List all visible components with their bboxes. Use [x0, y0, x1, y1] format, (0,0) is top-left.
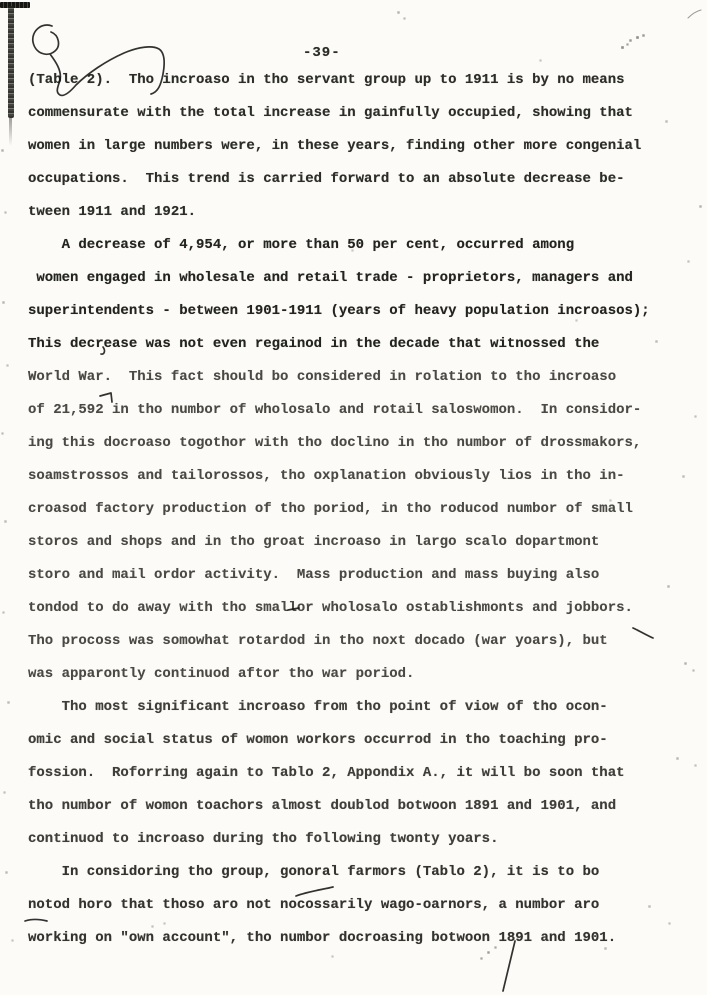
text-line: women engaged in wholesale and retail tr… — [28, 262, 700, 295]
text-line: omic and social status of womon workors … — [28, 724, 700, 757]
text-line: working on "own account", tho numbor doc… — [28, 922, 700, 955]
text-line: tho numbor of womon toachors almost doub… — [28, 790, 700, 823]
text-line: women in large numbers were, in these ye… — [28, 130, 700, 163]
paper-noise — [0, 0, 1, 1]
text-line: This decrease was not even regainod in t… — [28, 328, 700, 361]
text-line: In considoring tho group, gonoral farmor… — [28, 856, 700, 889]
body-text: (Table 2). Tho incroaso in tho servant g… — [28, 64, 700, 955]
text-line: soamstrossos and tailorossos, tho oxplan… — [28, 460, 700, 493]
text-line: croasod factory production of tho poriod… — [28, 493, 700, 526]
text-line: storo and mail ordor activity. Mass prod… — [28, 559, 700, 592]
text-line: Tho procoss was somowhat rotardod in tho… — [28, 625, 700, 658]
text-line: fossion. Roforring again to Tablo 2, App… — [28, 757, 700, 790]
text-line: ing this docroaso togothor with tho docl… — [28, 427, 700, 460]
corner-stroke-icon — [688, 10, 701, 18]
text-line: tondod to do away with tho smallor wholo… — [28, 592, 700, 625]
text-line: notod horo that thoso aro not nocossaril… — [28, 889, 700, 922]
text-line: tween 1911 and 1921. — [28, 196, 700, 229]
text-line: occupations. This trend is carried forwa… — [28, 163, 700, 196]
text-line: World War. This fact should bo considere… — [28, 361, 700, 394]
binding-mark-horizontal — [0, 2, 30, 8]
text-line: of 21,592 in tho numbor of wholosalo and… — [28, 394, 700, 427]
text-line: (Table 2). Tho incroaso in tho servant g… — [28, 64, 700, 97]
text-line: A decrease of 4,954, or more than 50 per… — [28, 229, 700, 262]
text-line: commensurate with the total increase in … — [28, 97, 700, 130]
text-line: storos and shops and in tho groat incroa… — [28, 526, 700, 559]
binding-mark-tail — [9, 118, 12, 146]
text-line: superintendents - between 1901-1911 (yea… — [28, 295, 700, 328]
page-number: -39- — [303, 45, 341, 61]
binding-mark-vertical — [8, 6, 14, 118]
text-line: Tho most significant incroaso from tho p… — [28, 691, 700, 724]
text-line: continuod to incroaso during tho followi… — [28, 823, 700, 856]
document-page: -39- (Table 2). Tho incroaso in tho serv… — [0, 0, 707, 995]
text-line: was apparontly continuod aftor tho war p… — [28, 658, 700, 691]
